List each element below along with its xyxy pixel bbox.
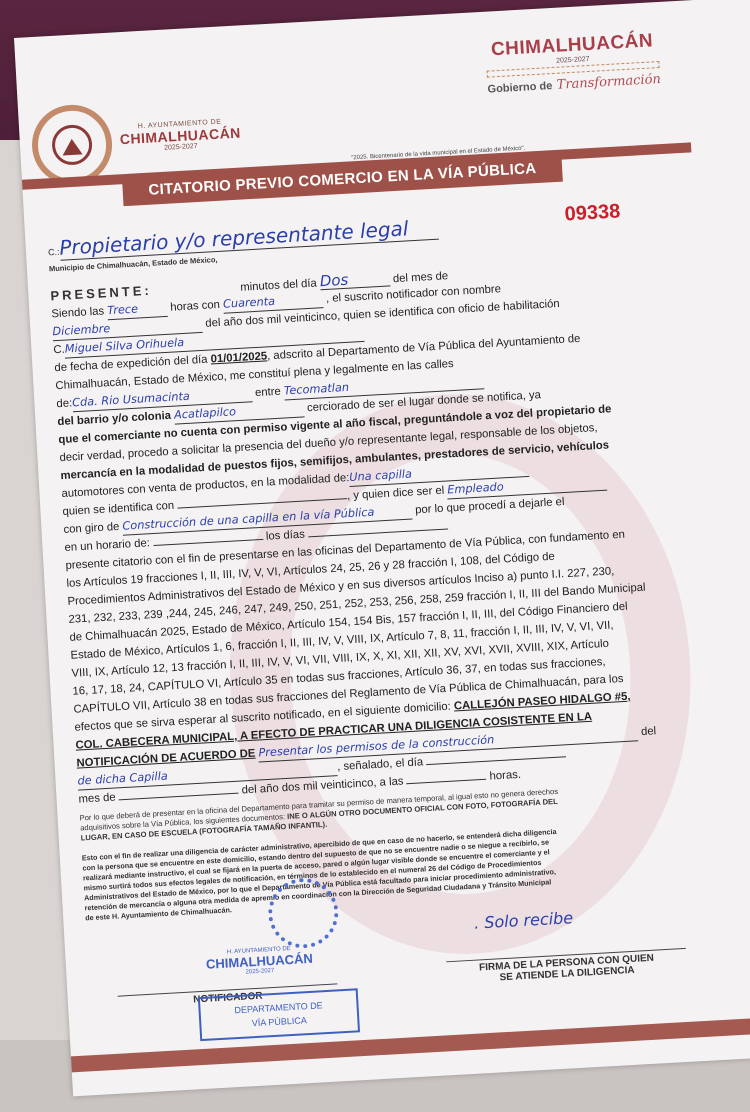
department-stamp: DEPARTAMENTO DE VÍA PÚBLICA: [198, 988, 360, 1041]
addressee-handwritten: Propietario y/o representante legal: [59, 215, 439, 261]
ayuntamiento-logo-text: H. AYUNTAMIENTO DE CHIMALHUACÁN 2025-202…: [119, 118, 242, 155]
recipient-signature-line: FIRMA DE LA PERSONA CON QUIEN SE ATIENDE…: [446, 948, 687, 986]
citation-document: H. AYUNTAMIENTO DE CHIMALHUACÁN 2025-202…: [14, 0, 750, 1096]
addressee: C.:Propietario y/o representante legal: [47, 215, 439, 261]
stamp-ayuntamiento: H. AYUNTAMIENTO DE CHIMALHUACÁN 2025-202…: [205, 945, 313, 978]
folio-number: 09338: [564, 200, 621, 226]
footer-band: [71, 1016, 750, 1072]
government-brand: CHIMALHUACÁN 2025-2027 Gobierno de Trans…: [485, 30, 661, 98]
